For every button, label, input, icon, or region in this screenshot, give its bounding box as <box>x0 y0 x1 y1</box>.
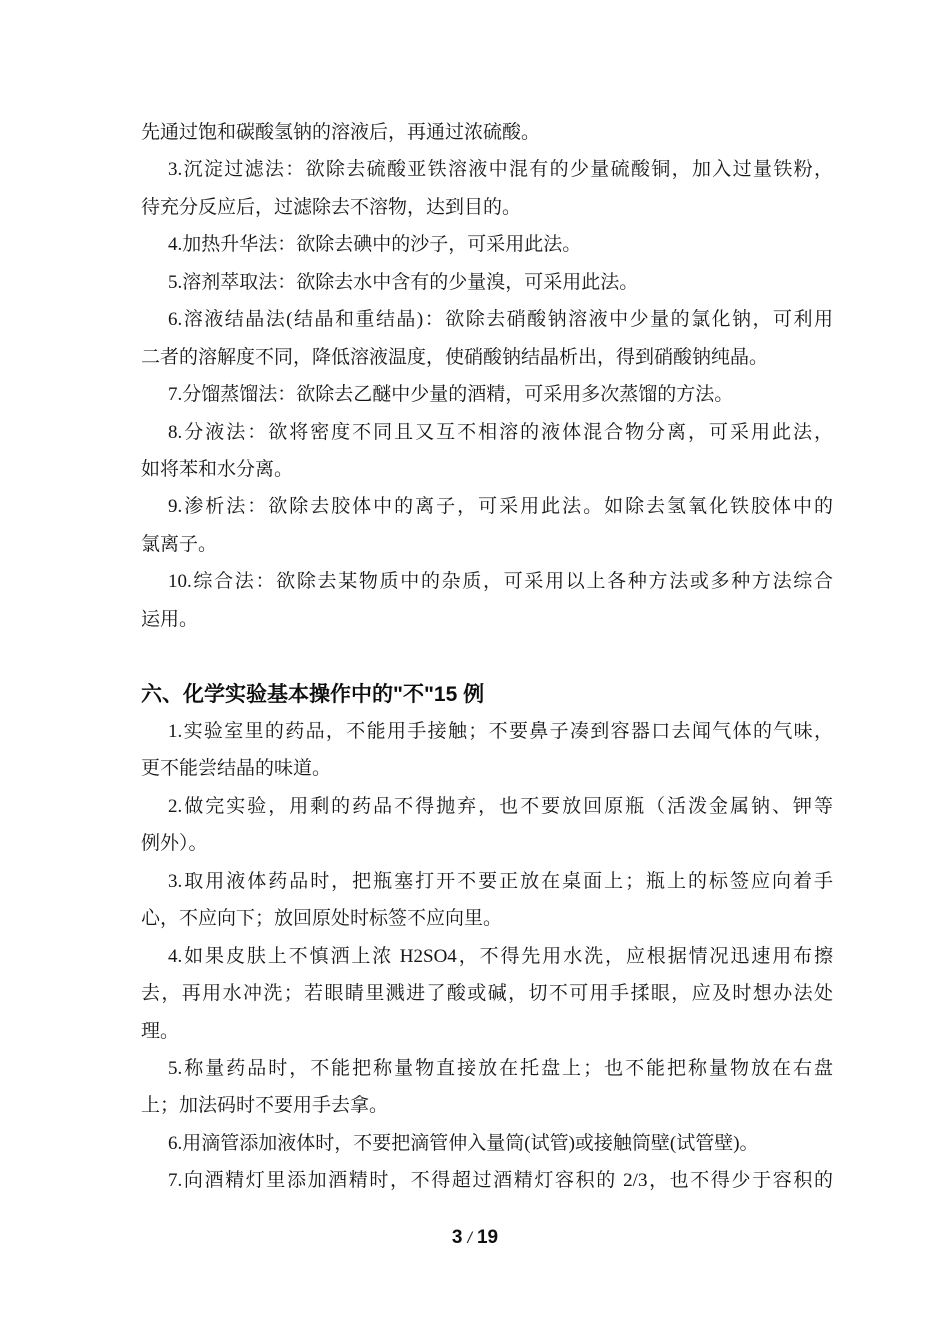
text-line: 1.实验室里的药品，不能用手接触；不要鼻子凑到容器口去闻气体的气味， <box>141 713 833 750</box>
text-line: 6.用滴管添加液体时，不要把滴管伸入量筒(试管)或接触筒壁(试管壁)。 <box>141 1125 833 1162</box>
current-page-number: 3 <box>452 1227 463 1248</box>
text-line: 5.溶剂萃取法：欲除去水中含有的少量溴，可采用此法。 <box>141 264 833 301</box>
document-body: 先通过饱和碳酸氢钠的溶液后，再通过浓硫酸。 3.沉淀过滤法：欲除去硫酸亚铁溶液中… <box>141 114 833 1200</box>
text-line: 去，再用水冲洗；若眼睛里溅进了酸或碱，切不可用手揉眼，应及时想办法处 <box>141 975 833 1012</box>
blank-line <box>141 638 833 675</box>
text-line: 2.做完实验，用剩的药品不得抛弃，也不要放回原瓶（活泼金属钠、钾等 <box>141 788 833 825</box>
page-footer: 3/19 <box>0 1224 950 1252</box>
text-line: 更不能尝结晶的味道。 <box>141 750 833 787</box>
text-line: 例外）。 <box>141 825 833 862</box>
text-line: 理。 <box>141 1013 833 1050</box>
text-line: 如将苯和水分离。 <box>141 451 833 488</box>
text-line: 4.如果皮肤上不慎洒上浓 H2SO4，不得先用水洗，应根据情况迅速用布擦 <box>141 938 833 975</box>
text-line: 7.分馏蒸馏法：欲除去乙醚中少量的酒精，可采用多次蒸馏的方法。 <box>141 376 833 413</box>
text-line: 心，不应向下；放回原处时标签不应向里。 <box>141 900 833 937</box>
total-pages: 19 <box>477 1227 498 1248</box>
section-heading: 六、化学实验基本操作中的"不"15 例 <box>141 676 833 713</box>
text-line: 3.沉淀过滤法：欲除去硫酸亚铁溶液中混有的少量硫酸铜，加入过量铁粉， <box>141 151 833 188</box>
text-line: 运用。 <box>141 601 833 638</box>
page-number-separator: / <box>467 1230 471 1247</box>
text-line: 二者的溶解度不同，降低溶液温度，使硝酸钠结晶析出，得到硝酸钠纯晶。 <box>141 339 833 376</box>
text-line: 先通过饱和碳酸氢钠的溶液后，再通过浓硫酸。 <box>141 114 833 151</box>
text-line: 8.分液法：欲将密度不同且又互不相溶的液体混合物分离，可采用此法， <box>141 414 833 451</box>
text-line: 上；加法码时不要用手去拿。 <box>141 1087 833 1124</box>
text-line: 5.称量药品时，不能把称量物直接放在托盘上；也不能把称量物放在右盘 <box>141 1050 833 1087</box>
document-page: 先通过饱和碳酸氢钠的溶液后，再通过浓硫酸。 3.沉淀过滤法：欲除去硫酸亚铁溶液中… <box>0 0 950 1344</box>
text-line: 10.综合法：欲除去某物质中的杂质，可采用以上各种方法或多种方法综合 <box>141 563 833 600</box>
text-line: 6.溶液结晶法(结晶和重结晶)：欲除去硝酸钠溶液中少量的氯化钠，可利用 <box>141 301 833 338</box>
text-line: 4.加热升华法：欲除去碘中的沙子，可采用此法。 <box>141 226 833 263</box>
text-line: 氯离子。 <box>141 526 833 563</box>
text-line: 待充分反应后，过滤除去不溶物，达到目的。 <box>141 189 833 226</box>
text-line: 7.向酒精灯里添加酒精时，不得超过酒精灯容积的 2/3，也不得少于容积的 <box>141 1162 833 1199</box>
text-line: 3.取用液体药品时，把瓶塞打开不要正放在桌面上；瓶上的标签应向着手 <box>141 863 833 900</box>
text-line: 9.渗析法：欲除去胶体中的离子，可采用此法。如除去氢氧化铁胶体中的 <box>141 488 833 525</box>
